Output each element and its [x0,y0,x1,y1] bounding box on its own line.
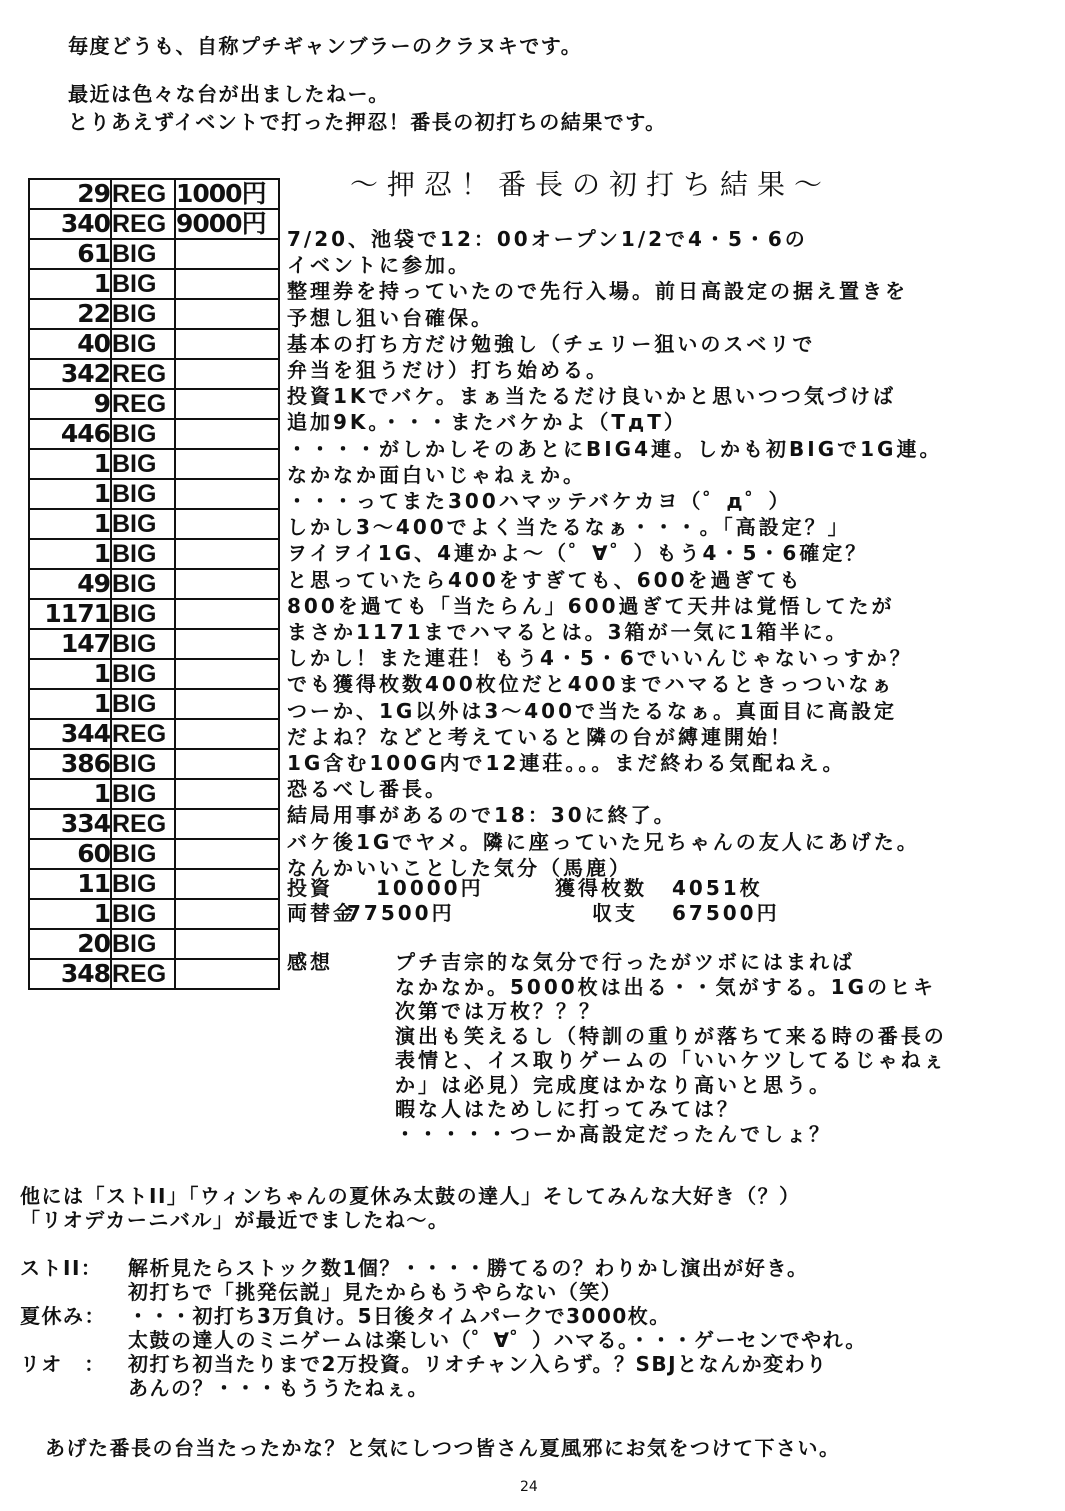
table-row: 61BIG [29,239,279,269]
table-row: 1BIG [29,659,279,689]
bonus-type-cell: REG [111,389,175,419]
table-row: 1BIG [29,449,279,479]
games-cell: 1 [29,479,111,509]
table-row: 147BIG [29,629,279,659]
games-cell: 61 [29,239,111,269]
games-cell: 334 [29,809,111,839]
others-item-label: 夏休み： [20,1300,106,1333]
games-cell: 49 [29,569,111,599]
table-row: 340REG9000円 [29,209,279,239]
table-row: 344REG [29,719,279,749]
summary-exchange-value: 77500円 [347,897,455,930]
table-row: 60BIG [29,839,279,869]
amount-cell [175,809,279,839]
bonus-type-cell: BIG [111,929,175,959]
bonus-type-cell: BIG [111,479,175,509]
games-cell: 22 [29,299,111,329]
games-cell: 446 [29,419,111,449]
amount-cell [175,659,279,689]
games-cell: 1 [29,899,111,929]
summary-balance-label: 収支 [592,897,638,930]
games-cell: 147 [29,629,111,659]
amount-cell [175,869,279,899]
amount-cell [175,419,279,449]
bonus-type-cell: BIG [111,659,175,689]
table-row: 334REG [29,809,279,839]
amount-cell [175,689,279,719]
games-cell: 342 [29,359,111,389]
amount-cell [175,779,279,809]
table-row: 342REG [29,359,279,389]
bonus-type-cell: BIG [111,779,175,809]
bonus-type-cell: BIG [111,539,175,569]
bonus-type-cell: BIG [111,839,175,869]
impression-line: ・・・・・つーか高設定だったんでしょ？ [395,1118,832,1151]
bonus-type-cell: BIG [111,599,175,629]
bonus-type-cell: BIG [111,569,175,599]
games-cell: 9 [29,389,111,419]
bonus-type-cell: REG [111,179,175,209]
games-cell: 340 [29,209,111,239]
bonus-type-cell: REG [111,719,175,749]
intro-greeting: 毎度どうも、自称プチギャンブラーのクラヌキです。 [68,30,582,63]
article-title: ～押忍！番長の初打ち結果～ [350,165,831,205]
games-cell: 60 [29,839,111,869]
table-row: 348REG [29,959,279,989]
games-cell: 11 [29,869,111,899]
bonus-type-cell: REG [111,959,175,989]
amount-cell [175,929,279,959]
table-row: 1BIG [29,689,279,719]
table-row: 22BIG [29,299,279,329]
amount-cell [175,449,279,479]
table-row: 1BIG [29,479,279,509]
others-item-line: あんの？・・・もううたねぇ。 [128,1372,429,1405]
amount-cell [175,839,279,869]
bonus-type-cell: REG [111,209,175,239]
games-cell: 1 [29,449,111,479]
table-row: 1BIG [29,899,279,929]
games-cell: 386 [29,749,111,779]
amount-cell [175,509,279,539]
summary-exchange-label: 両替金 [287,897,356,930]
bonus-type-cell: BIG [111,419,175,449]
games-cell: 1 [29,539,111,569]
amount-cell [175,899,279,929]
table-row: 1BIG [29,539,279,569]
amount-cell [175,749,279,779]
bonus-type-cell: BIG [111,749,175,779]
bonus-type-cell: BIG [111,329,175,359]
bonus-type-cell: REG [111,359,175,389]
others-item-label: ストII： [20,1252,102,1285]
games-cell: 29 [29,179,111,209]
bonus-type-cell: BIG [111,629,175,659]
bonus-type-cell: REG [111,809,175,839]
amount-cell [175,479,279,509]
amount-cell: 9000円 [175,209,279,239]
games-cell: 1171 [29,599,111,629]
intro-line: とりあえずイベントで打った押忍！番長の初打ちの結果です。 [68,106,667,139]
amount-cell [175,539,279,569]
table-row: 1BIG [29,269,279,299]
amount-cell [175,239,279,269]
amount-cell [175,329,279,359]
amount-cell [175,269,279,299]
table-row: 11BIG [29,869,279,899]
bonus-type-cell: BIG [111,689,175,719]
impression-label: 感想 [287,946,333,979]
table-row: 446BIG [29,419,279,449]
bonus-type-cell: BIG [111,269,175,299]
amount-cell: 1000円 [175,179,279,209]
bonus-type-cell: BIG [111,449,175,479]
table-row: 20BIG [29,929,279,959]
table-row: 49BIG [29,569,279,599]
amount-cell [175,359,279,389]
amount-cell [175,599,279,629]
amount-cell [175,629,279,659]
games-cell: 344 [29,719,111,749]
table-row: 29REG1000円 [29,179,279,209]
games-cell: 20 [29,929,111,959]
bonus-type-cell: BIG [111,899,175,929]
bonus-type-cell: BIG [111,869,175,899]
games-cell: 348 [29,959,111,989]
games-cell: 1 [29,689,111,719]
table-row: 386BIG [29,749,279,779]
table-row: 40BIG [29,329,279,359]
others-intro: 「リオデカーニバル」が最近でましたね～。 [20,1204,449,1237]
amount-cell [175,569,279,599]
games-cell: 40 [29,329,111,359]
amount-cell [175,959,279,989]
games-cell: 1 [29,659,111,689]
table-row: 9REG [29,389,279,419]
amount-cell [175,389,279,419]
closing-line: あげた番長の台当たったかな？と気にしつつ皆さん夏風邪にお気をつけて下さい。 [45,1432,841,1465]
bonus-type-cell: BIG [111,239,175,269]
page-number: 24 [520,1477,538,1497]
table-row: 1171BIG [29,599,279,629]
games-cell: 1 [29,269,111,299]
table-row: 1BIG [29,779,279,809]
games-cell: 1 [29,509,111,539]
hit-log-table: 29REG1000円340REG9000円61BIG1BIG22BIG40BIG… [28,178,280,990]
others-item-label: リオ ： [20,1348,106,1381]
bonus-type-cell: BIG [111,299,175,329]
games-cell: 1 [29,779,111,809]
table-row: 1BIG [29,509,279,539]
bonus-type-cell: BIG [111,509,175,539]
amount-cell [175,719,279,749]
summary-balance-value: 67500円 [672,897,780,930]
amount-cell [175,299,279,329]
